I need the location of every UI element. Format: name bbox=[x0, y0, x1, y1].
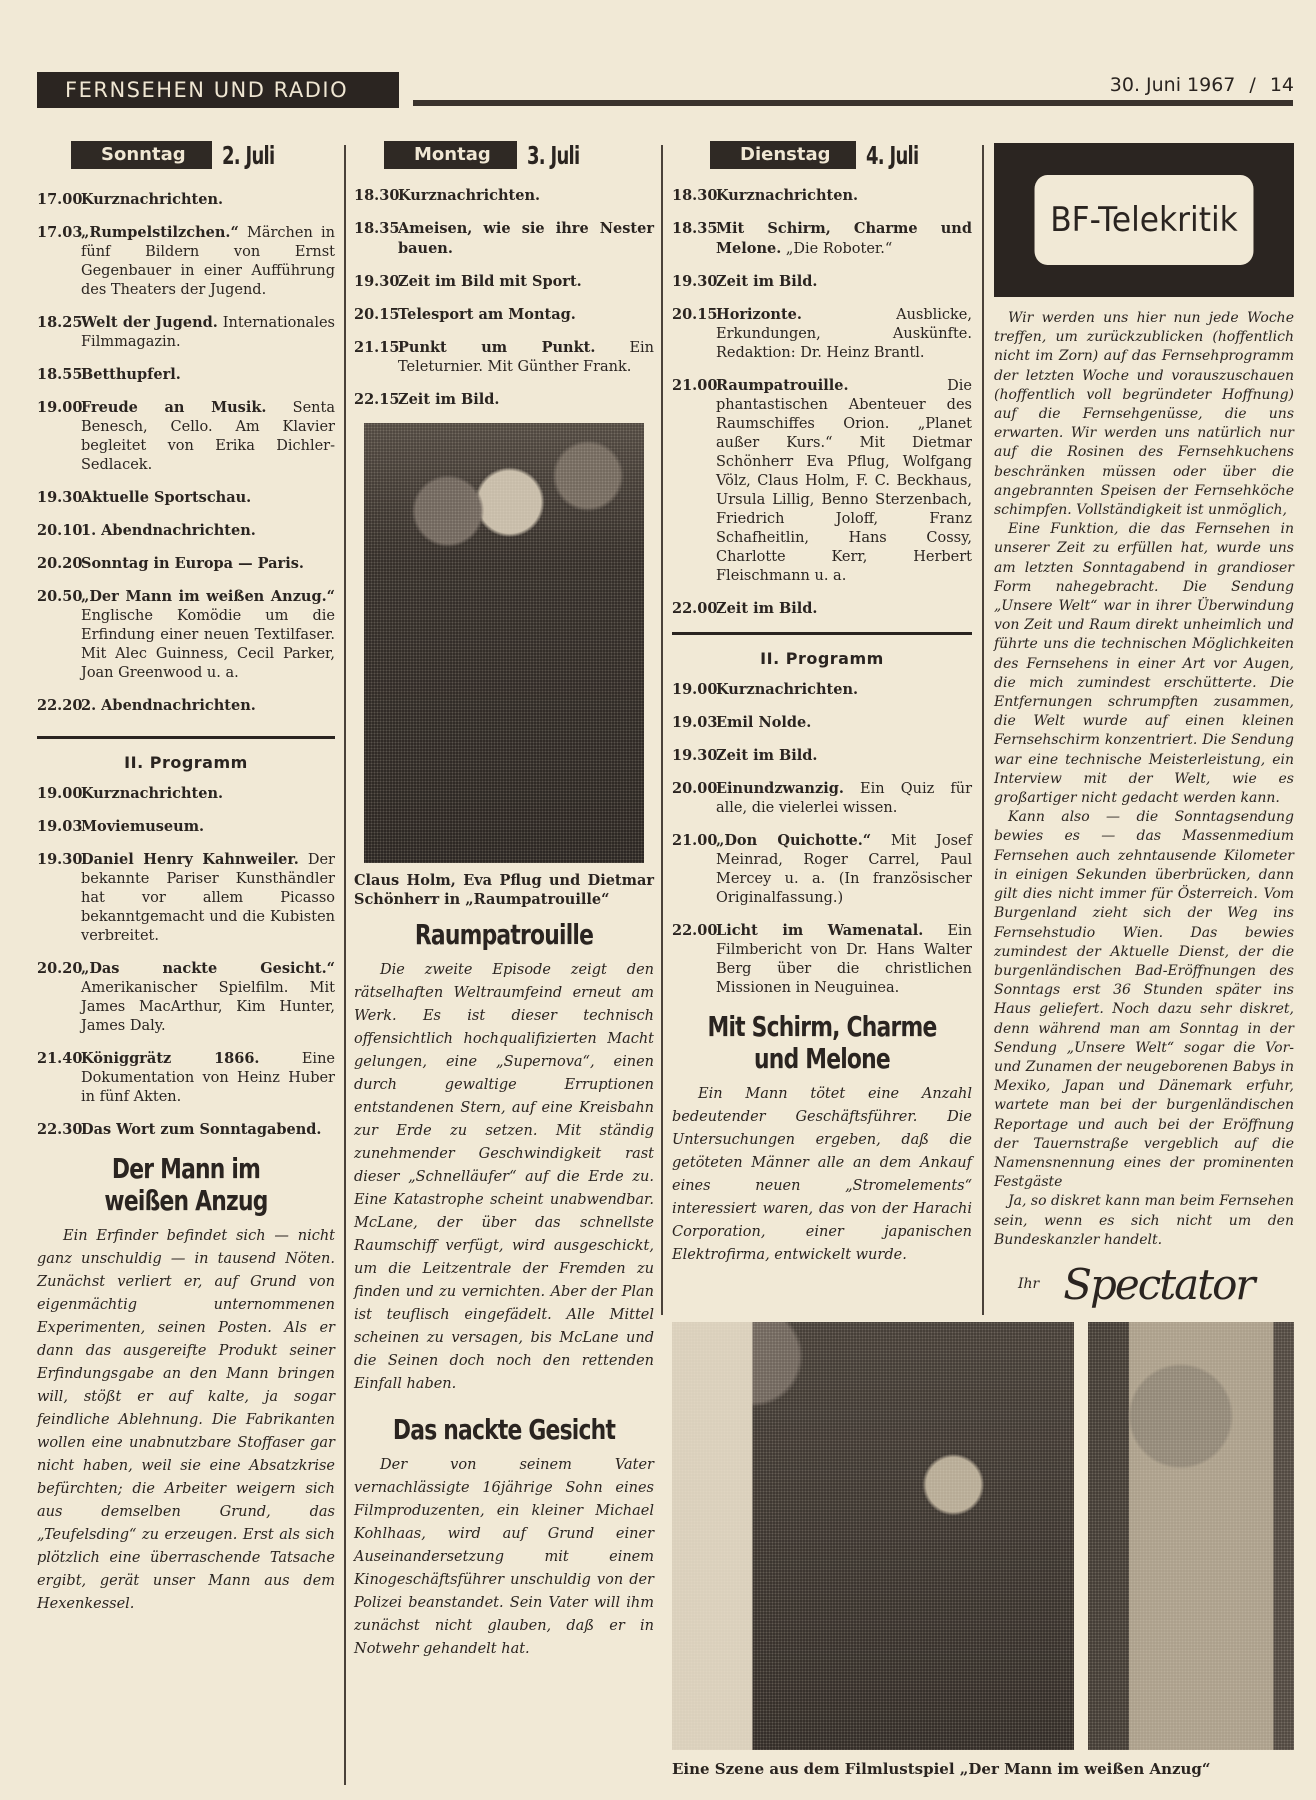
program-time: 21.40 bbox=[37, 1049, 81, 1107]
article-body: Ein Erfinder befindet sich — nicht ganz … bbox=[37, 1225, 335, 1616]
program-description: „Don Quichotte.“ Mit Josef Meinrad, Roge… bbox=[716, 831, 972, 908]
column-divider bbox=[344, 145, 346, 1785]
newspaper-page: FERNSEHEN UND RADIO 30. Juni 1967 / 14 S… bbox=[0, 0, 1316, 1800]
telekritik-title: BF-Telekritik bbox=[1035, 175, 1254, 265]
column-divider bbox=[982, 145, 984, 1315]
program-entry: 18.30Kurznachrichten. bbox=[672, 186, 972, 206]
program-title: „Rumpelstilzchen.“ bbox=[81, 224, 239, 241]
program-title: Mit Schirm, Charme und Melone. bbox=[716, 220, 972, 257]
program-entry: 18.30Kurznachrichten. bbox=[354, 186, 654, 206]
program-time: 17.03 bbox=[37, 223, 81, 300]
article-body: Die zweite Episode zeigt den rätselhafte… bbox=[354, 959, 654, 1396]
program-description: Zeit im Bild mit Sport. bbox=[398, 272, 654, 292]
program-description: Raumpatrouille. Die phantastischen Abent… bbox=[716, 376, 972, 586]
paragraph: Ja, so diskret kann man beim Fernsehen s… bbox=[994, 1192, 1294, 1250]
telekritik-banner: BF-Telekritik bbox=[994, 143, 1294, 297]
program-title: Betthupferl. bbox=[81, 366, 181, 383]
program-time: 19.30 bbox=[37, 488, 81, 508]
program-time: 20.50 bbox=[37, 587, 81, 683]
article-body: Der von seinem Vater vernachlässigte 16j… bbox=[354, 1454, 654, 1661]
program-entry: 21.00Raumpatrouille. Die phantastischen … bbox=[672, 376, 972, 586]
program-title: Emil Nolde. bbox=[716, 714, 811, 731]
article-headline: Mit Schirm, Charme und Melone bbox=[705, 1011, 939, 1075]
program-title: 2. Abendnachrichten. bbox=[81, 697, 256, 714]
author-signature: Spectator bbox=[1063, 1260, 1253, 1309]
program-title: Königgrätz 1866. bbox=[81, 1050, 259, 1067]
section-divider bbox=[672, 632, 972, 635]
program-time: 20.20 bbox=[37, 959, 81, 1036]
film-photo-caption: Eine Szene aus dem Filmlustspiel „Der Ma… bbox=[672, 1760, 1294, 1778]
program-time: 18.30 bbox=[354, 186, 398, 206]
program-title: Raumpatrouille. bbox=[716, 377, 849, 394]
tuesday-column: Dienstag 4. Juli 18.30Kurznachrichten.18… bbox=[672, 138, 972, 1267]
program-description: Zeit im Bild. bbox=[716, 599, 972, 619]
program-description: Punkt um Punkt. Ein Teleturnier. Mit Gün… bbox=[398, 338, 654, 377]
program-title: „Don Quichotte.“ bbox=[716, 832, 871, 849]
program-time: 22.00 bbox=[672, 921, 716, 998]
program-time: 18.35 bbox=[354, 219, 398, 259]
program-title: Zeit im Bild mit Sport. bbox=[398, 273, 582, 290]
program-title: Zeit im Bild. bbox=[398, 391, 499, 408]
program-description: Telesport am Montag. bbox=[398, 305, 654, 325]
program-title: Moviemuseum. bbox=[81, 818, 204, 835]
program-description: Kurznachrichten. bbox=[81, 784, 335, 804]
day-date: 2. Juli bbox=[222, 141, 274, 170]
dateline: 30. Juni 1967 / 14 bbox=[1110, 74, 1294, 96]
article-body: Ein Mann tötet eine Anzahl bedeutender G… bbox=[672, 1083, 972, 1267]
day-date: 4. Juli bbox=[866, 141, 918, 170]
program-description: „Der Mann im weißen Anzug.“ Englische Ko… bbox=[81, 587, 335, 683]
program-title: Kurznachrichten. bbox=[716, 681, 858, 698]
program-time: 18.30 bbox=[672, 186, 716, 206]
program-title: Zeit im Bild. bbox=[716, 747, 817, 764]
program-description: Horizonte. Ausblicke, Erkundungen, Auskü… bbox=[716, 305, 972, 363]
program-description: Daniel Henry Kahnweiler. Der bekannte Pa… bbox=[81, 850, 335, 946]
film-scene-photo-left bbox=[672, 1322, 1074, 1750]
program-description: Das Wort zum Sonntagabend. bbox=[81, 1120, 335, 1140]
program-description: Kurznachrichten. bbox=[81, 190, 335, 210]
program-entry: 18.35Ameisen, wie sie ihre Nester bauen. bbox=[354, 219, 654, 259]
program-entry: 18.55Betthupferl. bbox=[37, 365, 335, 385]
program-time: 18.25 bbox=[37, 313, 81, 352]
telekritik-column: BF-Telekritik Wir werden uns hier nun je… bbox=[994, 143, 1294, 1309]
program-time: 18.55 bbox=[37, 365, 81, 385]
program-entry: 22.30Das Wort zum Sonntagabend. bbox=[37, 1120, 335, 1140]
program-list: 19.00Kurznachrichten.19.03Emil Nolde.19.… bbox=[672, 680, 972, 998]
program-entry: 17.03„Rumpelstilzchen.“ Märchen in fünf … bbox=[37, 223, 335, 300]
program-time: 21.15 bbox=[354, 338, 398, 377]
column-divider bbox=[661, 145, 663, 1315]
monday-column: Montag 3. Juli 18.30Kurznachrichten.18.3… bbox=[354, 138, 654, 1661]
paragraph: Kann also — die Sonntagsendung bewies es… bbox=[994, 808, 1294, 1192]
program-description: Sonntag in Europa — Paris. bbox=[81, 554, 335, 574]
program-title: Horizonte. bbox=[716, 306, 802, 323]
program-title: Aktuelle Sportschau. bbox=[81, 489, 251, 506]
program-time: 22.30 bbox=[37, 1120, 81, 1140]
day-header: Montag 3. Juli bbox=[354, 138, 654, 172]
program-entry: 19.30Daniel Henry Kahnweiler. Der bekann… bbox=[37, 850, 335, 946]
program-title: Telesport am Montag. bbox=[398, 306, 576, 323]
program-description: Emil Nolde. bbox=[716, 713, 972, 733]
program-entry: 19.30Aktuelle Sportschau. bbox=[37, 488, 335, 508]
program-description: Zeit im Bild. bbox=[716, 272, 972, 292]
program-entry: 19.03Emil Nolde. bbox=[672, 713, 972, 733]
program-entry: 21.15Punkt um Punkt. Ein Teleturnier. Mi… bbox=[354, 338, 654, 377]
program-list: 17.00Kurznachrichten.17.03„Rumpelstilzch… bbox=[37, 190, 335, 716]
program-description: Welt der Jugend. Internationales Filmmag… bbox=[81, 313, 335, 352]
day-label: Sonntag bbox=[71, 141, 212, 169]
program-time: 19.30 bbox=[672, 272, 716, 292]
program-description: Kurznachrichten. bbox=[716, 186, 972, 206]
program-time: 20.00 bbox=[672, 779, 716, 818]
program-description: Einundzwanzig. Ein Quiz für alle, die vi… bbox=[716, 779, 972, 818]
film-scene-photo-right bbox=[1088, 1322, 1294, 1750]
program-title: Freude an Musik. bbox=[81, 399, 266, 416]
program-description: „Rumpelstilzchen.“ Märchen in fünf Bilde… bbox=[81, 223, 335, 300]
program-title: Kurznachrichten. bbox=[716, 187, 858, 204]
program-entry: 19.03Moviemuseum. bbox=[37, 817, 335, 837]
day-label: Dienstag bbox=[710, 141, 856, 169]
program-entry: 20.00Einundzwanzig. Ein Quiz für alle, d… bbox=[672, 779, 972, 818]
day-label: Montag bbox=[384, 141, 517, 169]
program-entry: 22.00Zeit im Bild. bbox=[672, 599, 972, 619]
program-description: 1. Abendnachrichten. bbox=[81, 521, 335, 541]
program-entry: 19.00Freude an Musik. Senta Benesch, Cel… bbox=[37, 398, 335, 475]
program-description: Kurznachrichten. bbox=[398, 186, 654, 206]
program-entry: 20.20„Das nackte Gesicht.“ Amerikanische… bbox=[37, 959, 335, 1036]
program-entry: 19.30Zeit im Bild mit Sport. bbox=[354, 272, 654, 292]
program-description: Moviemuseum. bbox=[81, 817, 335, 837]
program-entry: 20.15Horizonte. Ausblicke, Erkundungen, … bbox=[672, 305, 972, 363]
program-title: Das Wort zum Sonntagabend. bbox=[81, 1121, 321, 1138]
program-description: Königgrätz 1866. Eine Dokumentation von … bbox=[81, 1049, 335, 1107]
program-description: Zeit im Bild. bbox=[398, 390, 654, 410]
program-time: 18.35 bbox=[672, 219, 716, 259]
program-time: 19.03 bbox=[672, 713, 716, 733]
program-entry: 17.00Kurznachrichten. bbox=[37, 190, 335, 210]
program-entry: 19.00Kurznachrichten. bbox=[37, 784, 335, 804]
program-title: Zeit im Bild. bbox=[716, 273, 817, 290]
program-entry: 19.30Zeit im Bild. bbox=[672, 746, 972, 766]
program-title: Kurznachrichten. bbox=[81, 191, 223, 208]
program-title: „Der Mann im weißen Anzug.“ bbox=[81, 588, 335, 605]
program-description: Licht im Wamenatal. Ein Filmbericht von … bbox=[716, 921, 972, 998]
day-header: Sonntag 2. Juli bbox=[37, 138, 335, 172]
film-scene-photos bbox=[672, 1322, 1294, 1750]
program2-heading: II. Programm bbox=[672, 649, 972, 668]
section-masthead: FERNSEHEN UND RADIO bbox=[37, 72, 399, 108]
telekritik-body: Wir werden uns hier nun jede Woche treff… bbox=[994, 309, 1294, 1250]
program-time: 22.20 bbox=[37, 696, 81, 716]
program-time: 21.00 bbox=[672, 376, 716, 586]
section-title: FERNSEHEN UND RADIO bbox=[65, 78, 348, 102]
program-entry: 20.101. Abendnachrichten. bbox=[37, 521, 335, 541]
program2-heading: II. Programm bbox=[37, 753, 335, 772]
program-title: 1. Abendnachrichten. bbox=[81, 522, 256, 539]
program-entry: 22.00Licht im Wamenatal. Ein Filmbericht… bbox=[672, 921, 972, 998]
signature-block: Ihr Spectator bbox=[994, 1260, 1294, 1309]
section-divider bbox=[37, 736, 335, 739]
raumpatrouille-photo bbox=[364, 423, 644, 863]
article-headline: Raumpatrouille bbox=[387, 919, 621, 951]
program-time: 21.00 bbox=[672, 831, 716, 908]
photo-caption: Claus Holm, Eva Pflug und Dietmar Schönh… bbox=[354, 871, 654, 909]
signoff: Ihr bbox=[1018, 1276, 1039, 1292]
program-entry: 22.15Zeit im Bild. bbox=[354, 390, 654, 410]
program-description: Betthupferl. bbox=[81, 365, 335, 385]
program-entry: 18.35Mit Schirm, Charme und Melone. „Die… bbox=[672, 219, 972, 259]
program-description: Mit Schirm, Charme und Melone. „Die Robo… bbox=[716, 219, 972, 259]
paragraph: Eine Funktion, die das Fernsehen in unse… bbox=[994, 520, 1294, 808]
program-title: Welt der Jugend. bbox=[81, 314, 218, 331]
paragraph: Wir werden uns hier nun jede Woche treff… bbox=[994, 309, 1294, 520]
program-title: Einundzwanzig. bbox=[716, 780, 844, 797]
program-description: „Das nackte Gesicht.“ Amerikanischer Spi… bbox=[81, 959, 335, 1036]
issue-date: 30. Juni 1967 bbox=[1110, 74, 1236, 96]
program-time: 20.10 bbox=[37, 521, 81, 541]
program-entry: 22.202. Abendnachrichten. bbox=[37, 696, 335, 716]
sunday-column: Sonntag 2. Juli 17.00Kurznachrichten.17.… bbox=[37, 138, 335, 1616]
program-title: Punkt um Punkt. bbox=[398, 339, 595, 356]
day-date: 3. Juli bbox=[527, 141, 579, 170]
page-number: 14 bbox=[1270, 74, 1294, 96]
program-time: 19.30 bbox=[37, 850, 81, 946]
program-title: Daniel Henry Kahnweiler. bbox=[81, 851, 299, 868]
day-header: Dienstag 4. Juli bbox=[672, 138, 972, 172]
program-time: 19.30 bbox=[354, 272, 398, 292]
program-time: 19.03 bbox=[37, 817, 81, 837]
program-title: Kurznachrichten. bbox=[398, 187, 540, 204]
program-time: 19.00 bbox=[37, 784, 81, 804]
program-entry: 21.40Königgrätz 1866. Eine Dokumentation… bbox=[37, 1049, 335, 1107]
program-entry: 19.30Zeit im Bild. bbox=[672, 272, 972, 292]
dateline-separator: / bbox=[1249, 74, 1255, 96]
program-list: 18.30Kurznachrichten.18.35Mit Schirm, Ch… bbox=[672, 186, 972, 619]
program-description: Kurznachrichten. bbox=[716, 680, 972, 700]
program-title: Licht im Wamenatal. bbox=[716, 922, 923, 939]
program-time: 22.00 bbox=[672, 599, 716, 619]
article-headline: Der Mann im weißen Anzug bbox=[70, 1153, 302, 1217]
program-title: „Das nackte Gesicht.“ bbox=[81, 960, 335, 977]
program-entry: 20.15Telesport am Montag. bbox=[354, 305, 654, 325]
program-description: Zeit im Bild. bbox=[716, 746, 972, 766]
program-description: Ameisen, wie sie ihre Nester bauen. bbox=[398, 219, 654, 259]
program-time: 19.00 bbox=[37, 398, 81, 475]
program-time: 20.15 bbox=[354, 305, 398, 325]
program-time: 20.15 bbox=[672, 305, 716, 363]
program-description: 2. Abendnachrichten. bbox=[81, 696, 335, 716]
masthead-rule bbox=[413, 100, 1293, 106]
program-title: Ameisen, wie sie ihre Nester bauen. bbox=[398, 220, 654, 257]
program-entry: 20.50„Der Mann im weißen Anzug.“ Englisc… bbox=[37, 587, 335, 683]
program-entry: 19.00Kurznachrichten. bbox=[672, 680, 972, 700]
article-headline: Das nackte Gesicht bbox=[387, 1414, 621, 1446]
program-title: Kurznachrichten. bbox=[81, 785, 223, 802]
program-description: Freude an Musik. Senta Benesch, Cello. A… bbox=[81, 398, 335, 475]
program-list: 18.30Kurznachrichten.18.35Ameisen, wie s… bbox=[354, 186, 654, 410]
program-description: Aktuelle Sportschau. bbox=[81, 488, 335, 508]
program-time: 19.00 bbox=[672, 680, 716, 700]
program-title: Zeit im Bild. bbox=[716, 600, 817, 617]
program-time: 19.30 bbox=[672, 746, 716, 766]
program-time: 22.15 bbox=[354, 390, 398, 410]
program-time: 17.00 bbox=[37, 190, 81, 210]
program-title: Sonntag in Europa — Paris. bbox=[81, 555, 304, 572]
program-time: 20.20 bbox=[37, 554, 81, 574]
program-entry: 20.20Sonntag in Europa — Paris. bbox=[37, 554, 335, 574]
program-entry: 21.00„Don Quichotte.“ Mit Josef Meinrad,… bbox=[672, 831, 972, 908]
program-entry: 18.25Welt der Jugend. Internationales Fi… bbox=[37, 313, 335, 352]
program-list: 19.00Kurznachrichten.19.03Moviemuseum.19… bbox=[37, 784, 335, 1140]
